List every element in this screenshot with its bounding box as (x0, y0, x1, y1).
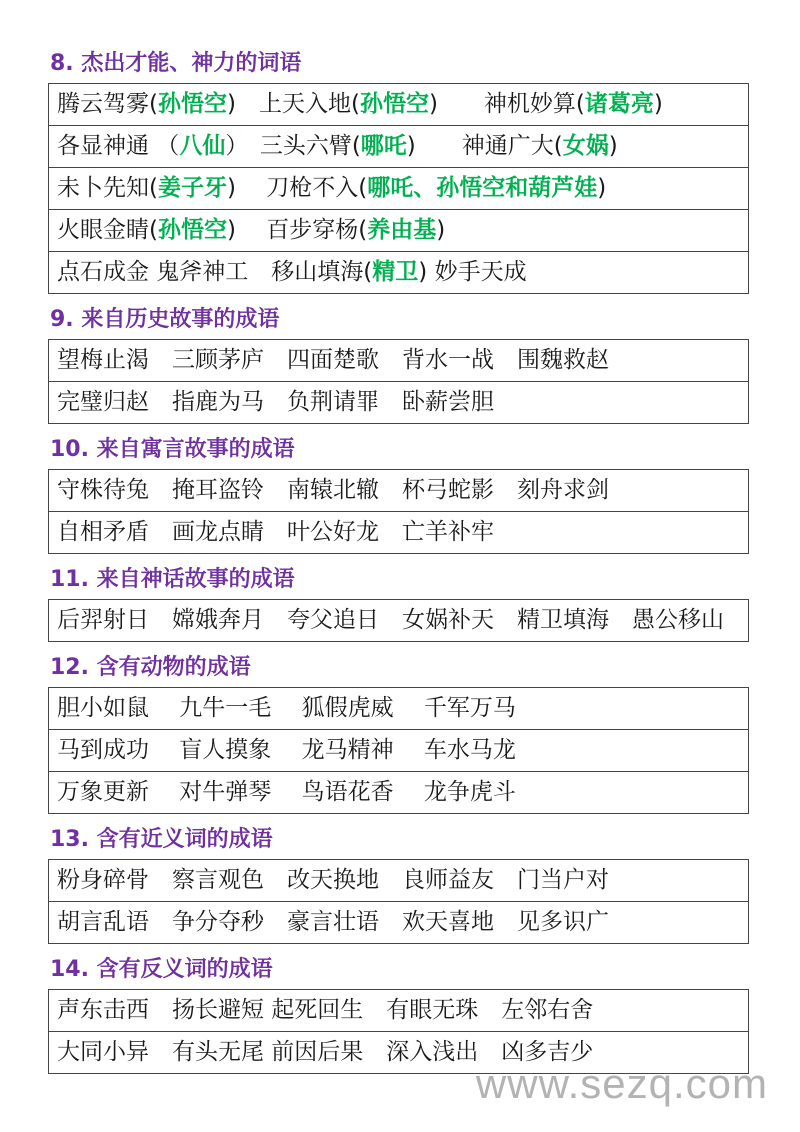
idiom-annotation: 哪吒、孙悟空和葫芦娃 (367, 175, 597, 201)
idiom-text: 守株待兔 掩耳盗铃 南辕北辙 杯弓蛇影 刻舟求剑 (57, 477, 609, 503)
idiom-text: 点石成金 鬼斧神工 移山填海( (57, 259, 372, 285)
section-heading: 10. 来自寓言故事的成语 (50, 438, 750, 462)
table-row: 各显神通 （八仙） 三头六臂(哪吒) 神通广大(女娲) (49, 126, 748, 168)
idiom-annotation: 孙悟空 (158, 217, 227, 243)
table-row: 胆小如鼠 九牛一毛 狐假虎威 千军万马 (49, 688, 748, 730)
section-heading: 14. 含有反义词的成语 (50, 958, 750, 982)
table-row: 未卜先知(姜子牙) 刀枪不入(哪吒、孙悟空和葫芦娃) (49, 168, 748, 210)
idiom-text: 完璧归赵 指鹿为马 负荆请罪 卧薪尝胆 (57, 389, 494, 415)
idiom-annotation: 女娲 (563, 133, 609, 159)
idiom-text: ) 妙手天成 (418, 259, 526, 285)
idiom-text: 胡言乱语 争分夺秒 豪言壮语 欢天喜地 见多识广 (57, 909, 609, 935)
idiom-table: 粉身碎骨 察言观色 改天换地 良师益友 门当户对胡言乱语 争分夺秒 豪言壮语 欢… (48, 859, 749, 944)
table-row: 马到成功 盲人摸象 龙马精神 车水马龙 (49, 730, 748, 772)
idiom-annotation: 哪吒 (361, 133, 407, 159)
idiom-text: ) 刀枪不入( (227, 175, 367, 201)
idiom-text: ) 神机妙算( (429, 91, 585, 117)
section-heading: 11. 来自神话故事的成语 (50, 568, 750, 592)
idiom-text: 粉身碎骨 察言观色 改天换地 良师益友 门当户对 (57, 867, 609, 893)
idiom-text: 腾云驾雾( (57, 91, 158, 117)
idiom-annotation: 精卫 (372, 259, 418, 285)
idiom-section: 12. 含有动物的成语胆小如鼠 九牛一毛 狐假虎威 千军万马马到成功 盲人摸象 … (48, 656, 750, 814)
worksheet-page: 8. 杰出才能、神力的词语腾云驾雾(孙悟空) 上天入地(孙悟空) 神机妙算(诸葛… (0, 0, 800, 1132)
sections-container: 8. 杰出才能、神力的词语腾云驾雾(孙悟空) 上天入地(孙悟空) 神机妙算(诸葛… (48, 52, 750, 1074)
idiom-text: ) 神通广大( (407, 133, 563, 159)
idiom-text: 火眼金睛( (57, 217, 158, 243)
idiom-section: 11. 来自神话故事的成语后羿射日 嫦娥奔月 夸父追日 女娲补天 精卫填海 愚公… (48, 568, 750, 642)
section-heading: 8. 杰出才能、神力的词语 (50, 52, 750, 76)
idiom-annotation: 诸葛亮 (585, 91, 654, 117)
table-row: 自相矛盾 画龙点睛 叶公好龙 亡羊补牢 (49, 512, 748, 553)
watermark: www.sezq.com (476, 1060, 768, 1108)
idiom-text: 自相矛盾 画龙点睛 叶公好龙 亡羊补牢 (57, 519, 494, 545)
idiom-section: 14. 含有反义词的成语声东击西 扬长避短 起死回生 有眼无珠 左邻右舍大同小异… (48, 958, 750, 1074)
section-heading: 9. 来自历史故事的成语 (50, 308, 750, 332)
idiom-text: ) (654, 91, 663, 117)
idiom-text: ) (609, 133, 618, 159)
idiom-text: ) (597, 175, 606, 201)
idiom-annotation: 孙悟空 (158, 91, 227, 117)
idiom-text: 声东击西 扬长避短 起死回生 有眼无珠 左邻右舍 (57, 997, 593, 1023)
table-row: 望梅止渴 三顾茅庐 四面楚歌 背水一战 围魏救赵 (49, 340, 748, 382)
idiom-annotation: 八仙 (179, 133, 225, 159)
idiom-section: 10. 来自寓言故事的成语守株待兔 掩耳盗铃 南辕北辙 杯弓蛇影 刻舟求剑自相矛… (48, 438, 750, 554)
table-row: 守株待兔 掩耳盗铃 南辕北辙 杯弓蛇影 刻舟求剑 (49, 470, 748, 512)
idiom-text: 未卜先知( (57, 175, 158, 201)
idiom-annotation: 养由基 (367, 217, 436, 243)
idiom-annotation: 姜子牙 (158, 175, 227, 201)
idiom-text: ) (436, 217, 445, 243)
table-row: 后羿射日 嫦娥奔月 夸父追日 女娲补天 精卫填海 愚公移山 (49, 600, 748, 641)
idiom-table: 胆小如鼠 九牛一毛 狐假虎威 千军万马马到成功 盲人摸象 龙马精神 车水马龙万象… (48, 687, 749, 814)
section-heading: 13. 含有近义词的成语 (50, 828, 750, 852)
table-row: 粉身碎骨 察言观色 改天换地 良师益友 门当户对 (49, 860, 748, 902)
table-row: 声东击西 扬长避短 起死回生 有眼无珠 左邻右舍 (49, 990, 748, 1032)
table-row: 火眼金睛(孙悟空) 百步穿杨(养由基) (49, 210, 748, 252)
idiom-text: 胆小如鼠 九牛一毛 狐假虎威 千军万马 (57, 695, 516, 721)
idiom-annotation: 孙悟空 (360, 91, 429, 117)
idiom-text: ) 百步穿杨( (227, 217, 367, 243)
table-row: 点石成金 鬼斧神工 移山填海(精卫) 妙手天成 (49, 252, 748, 293)
table-row: 完璧归赵 指鹿为马 负荆请罪 卧薪尝胆 (49, 382, 748, 423)
table-row: 胡言乱语 争分夺秒 豪言壮语 欢天喜地 见多识广 (49, 902, 748, 943)
idiom-text: 马到成功 盲人摸象 龙马精神 车水马龙 (57, 737, 516, 763)
idiom-text: ） 三头六臂( (225, 133, 360, 159)
idiom-section: 13. 含有近义词的成语粉身碎骨 察言观色 改天换地 良师益友 门当户对胡言乱语… (48, 828, 750, 944)
idiom-table: 守株待兔 掩耳盗铃 南辕北辙 杯弓蛇影 刻舟求剑自相矛盾 画龙点睛 叶公好龙 亡… (48, 469, 749, 554)
idiom-text: 后羿射日 嫦娥奔月 夸父追日 女娲补天 精卫填海 愚公移山 (57, 607, 724, 633)
idiom-text: 各显神通 （ (57, 133, 179, 159)
table-row: 万象更新 对牛弹琴 鸟语花香 龙争虎斗 (49, 772, 748, 813)
idiom-text: ) 上天入地( (227, 91, 360, 117)
idiom-table: 后羿射日 嫦娥奔月 夸父追日 女娲补天 精卫填海 愚公移山 (48, 599, 749, 642)
idiom-section: 8. 杰出才能、神力的词语腾云驾雾(孙悟空) 上天入地(孙悟空) 神机妙算(诸葛… (48, 52, 750, 294)
idiom-text: 万象更新 对牛弹琴 鸟语花香 龙争虎斗 (57, 779, 516, 805)
idiom-table: 望梅止渴 三顾茅庐 四面楚歌 背水一战 围魏救赵完璧归赵 指鹿为马 负荆请罪 卧… (48, 339, 749, 424)
table-row: 腾云驾雾(孙悟空) 上天入地(孙悟空) 神机妙算(诸葛亮) (49, 84, 748, 126)
idiom-text: 望梅止渴 三顾茅庐 四面楚歌 背水一战 围魏救赵 (57, 347, 609, 373)
section-heading: 12. 含有动物的成语 (50, 656, 750, 680)
idiom-table: 腾云驾雾(孙悟空) 上天入地(孙悟空) 神机妙算(诸葛亮)各显神通 （八仙） 三… (48, 83, 749, 294)
idiom-section: 9. 来自历史故事的成语望梅止渴 三顾茅庐 四面楚歌 背水一战 围魏救赵完璧归赵… (48, 308, 750, 424)
